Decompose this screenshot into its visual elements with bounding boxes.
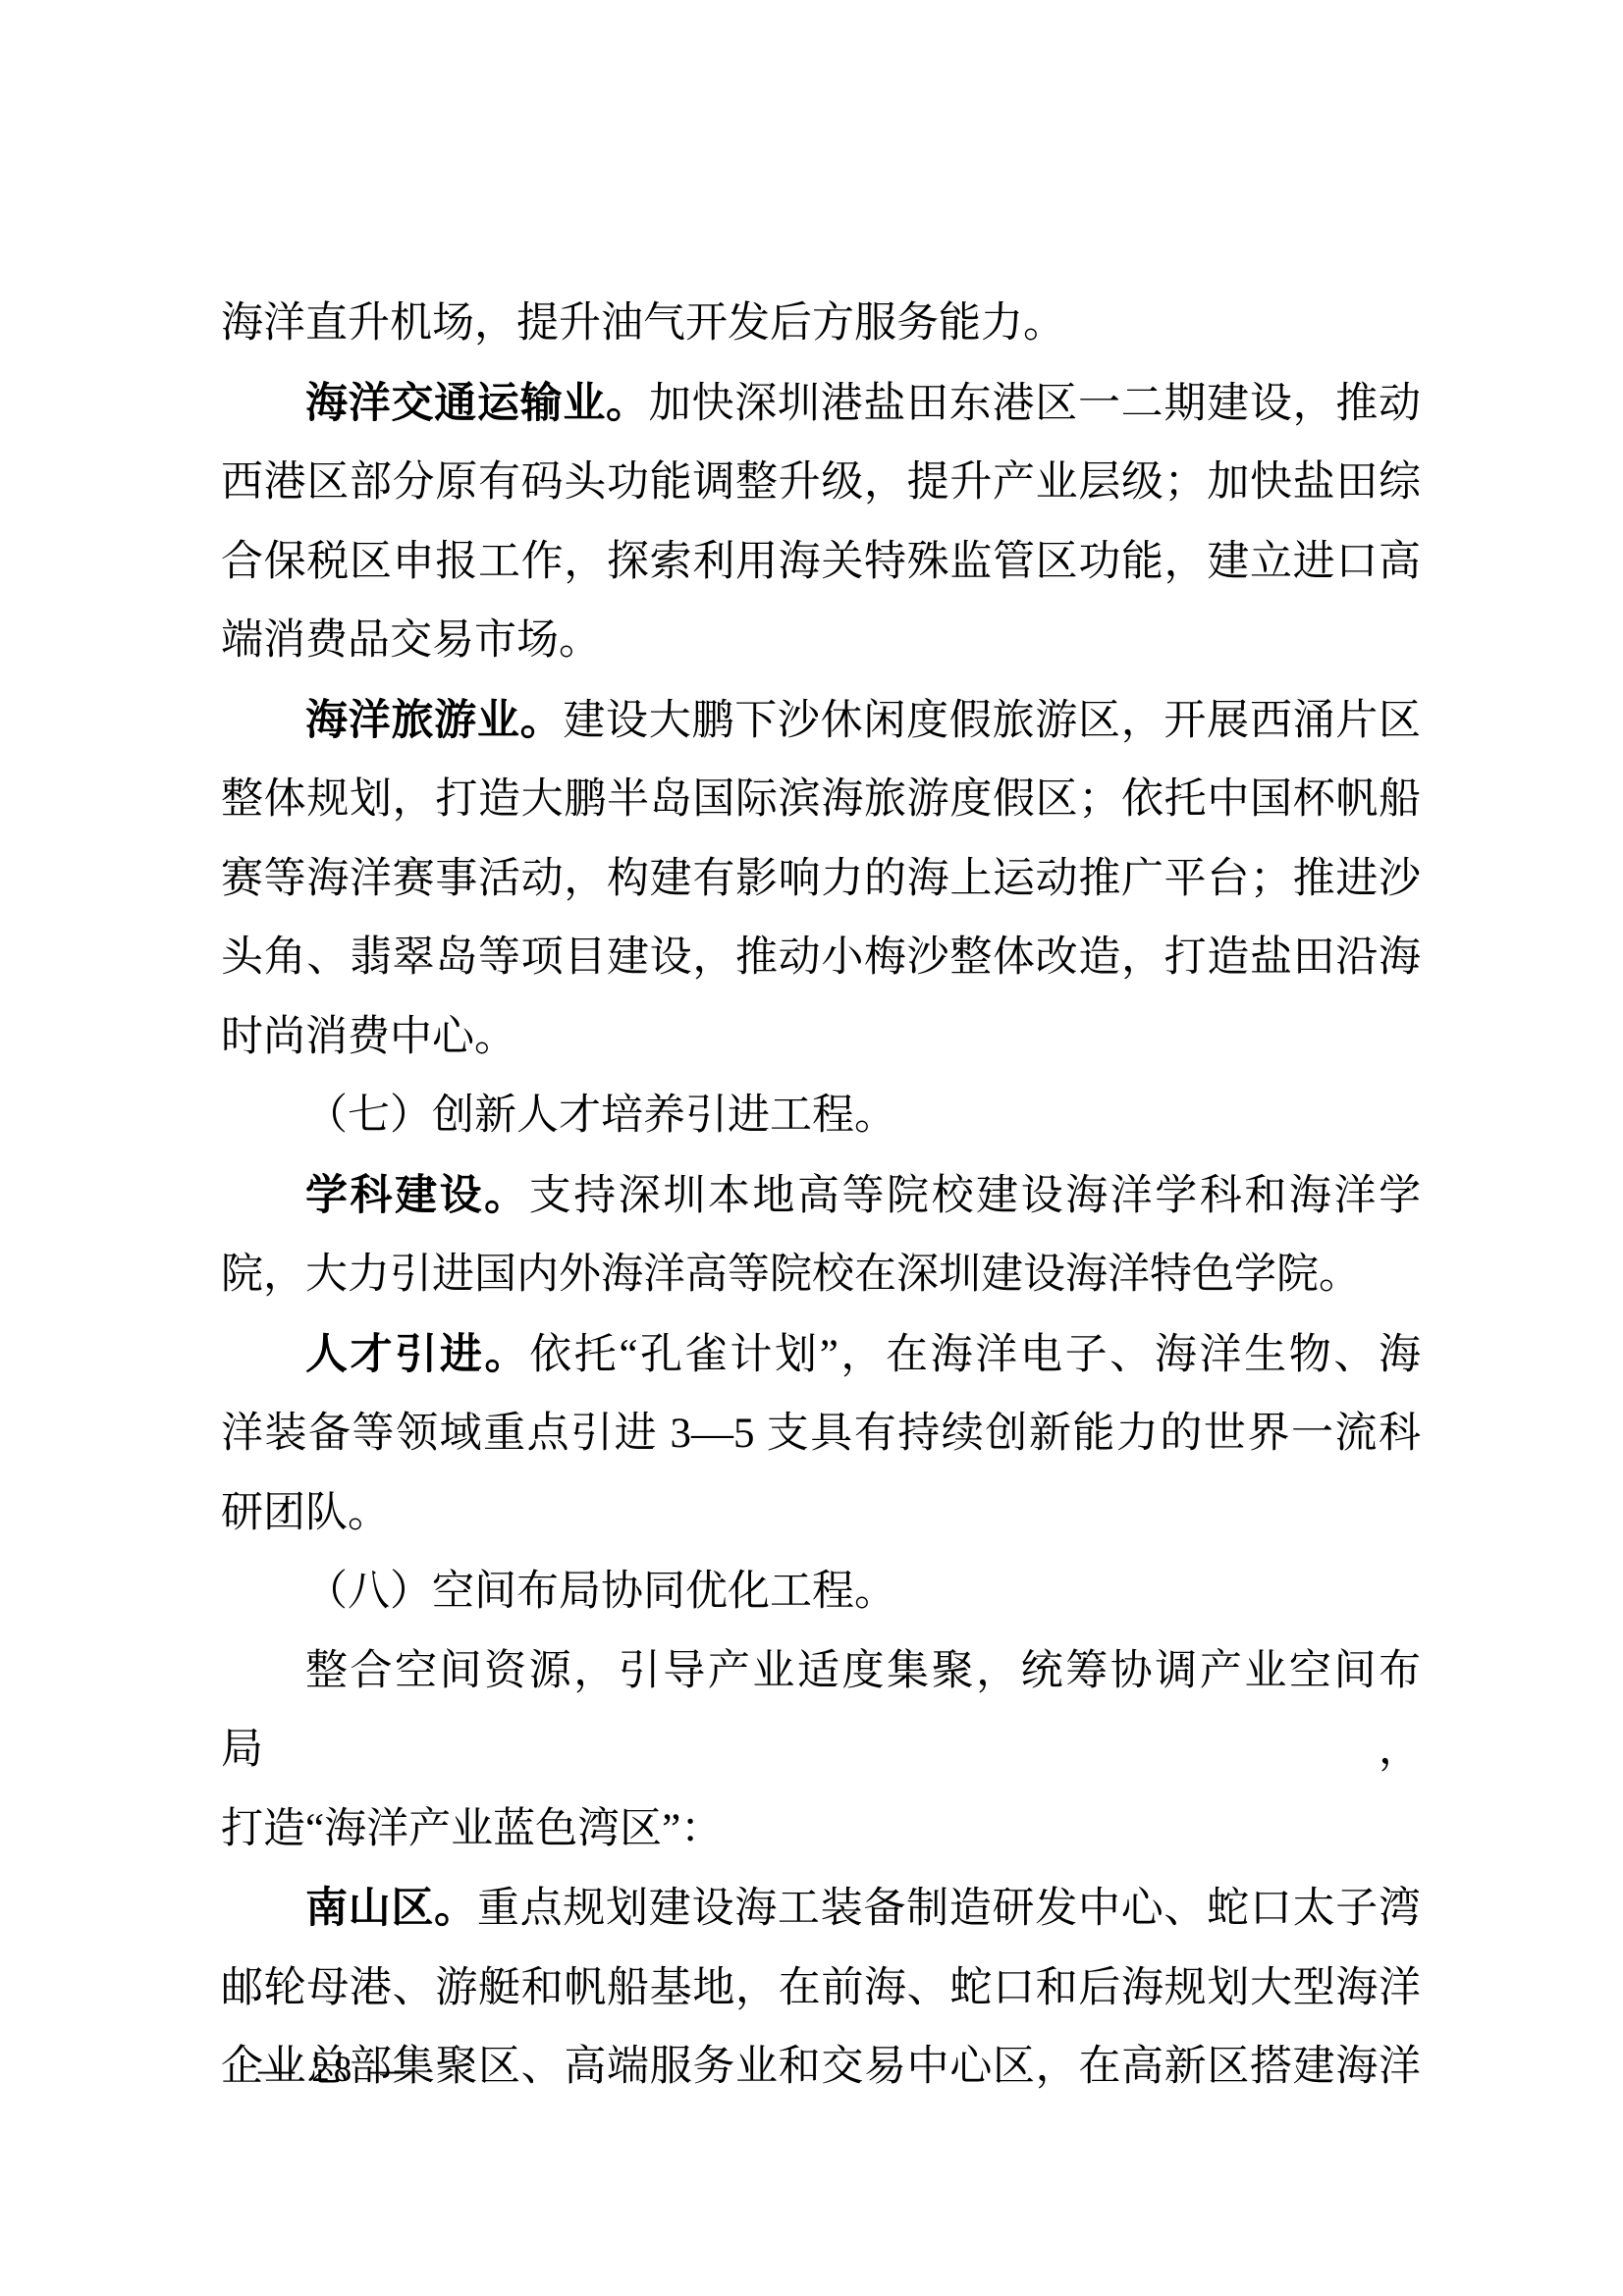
- text-line: 研团队。: [221, 1474, 1421, 1554]
- line-text: 合保税区申报工作，探索利用海关特殊监管区功能，建立进口高: [221, 539, 1421, 585]
- section-heading-8: （八）空间布局协同优化工程。: [221, 1553, 1421, 1632]
- term-discipline-building: 学科建设。: [305, 1172, 529, 1219]
- text-line: 赛等海洋赛事活动，构建有影响力的海上运动推广平台；推进沙: [221, 840, 1421, 920]
- line-text: 西港区部分原有码头功能调整升级，提升产业层级；加快盐田综: [221, 459, 1421, 506]
- term-talent-introduction: 人才引进。: [305, 1331, 529, 1378]
- text-line: 头角、翡翠岛等项目建设，推动小梅沙整体改造，打造盐田沿海: [221, 919, 1421, 998]
- line-text: （七）创新人才培养引进工程。: [305, 1093, 896, 1139]
- text-line: 人才引进。依托“孔雀计划”，在海洋电子、海洋生物、海: [221, 1315, 1421, 1396]
- line-text: 依托“孔雀计划”，在海洋电子、海洋生物、海: [529, 1332, 1421, 1378]
- line-text: 海洋直升机场，提升油气开发后方服务能力。: [221, 300, 1065, 347]
- line-text: 头角、翡翠岛等项目建设，推动小梅沙整体改造，打造盐田沿海: [221, 934, 1421, 981]
- text-line: 合保税区申报工作，探索利用海关特殊监管区功能，建立进口高: [221, 523, 1421, 603]
- text-line: 邮轮母港、游艇和帆船基地，在前海、蛇口和后海规划大型海洋: [221, 1949, 1421, 2029]
- text-line: 学科建设。支持深圳本地高等院校建设海洋学科和海洋学: [221, 1156, 1421, 1237]
- text-line: 时尚消费中心。: [221, 998, 1421, 1078]
- line-text: 重点规划建设海工装备制造研发中心、蛇口太子湾: [477, 1886, 1421, 1932]
- line-text: 支持深圳本地高等院校建设海洋学科和海洋学: [529, 1173, 1421, 1219]
- text-line: 整体规划，打造大鹏半岛国际滨海旅游度假区；依托中国杯帆船: [221, 761, 1421, 840]
- line-text: 打造“海洋产业蓝色湾区”：: [221, 1806, 723, 1852]
- text-line: 整合空间资源，引导产业适度集聚，统筹协调产业空间布局，: [221, 1632, 1421, 1790]
- term-nanshan-district: 南山区。: [305, 1885, 477, 1932]
- line-text: 研团队。: [221, 1490, 390, 1536]
- line-text: 院，大力引进国内外海洋高等院校在深圳建设海洋特色学院。: [221, 1252, 1361, 1298]
- text-line: 南山区。重点规划建设海工装备制造研发中心、蛇口太子湾: [221, 1869, 1421, 1949]
- section-heading-7: （七）创新人才培养引进工程。: [221, 1077, 1421, 1156]
- text-line: 端消费品交易市场。: [221, 602, 1421, 681]
- text-line: 海洋直升机场，提升油气开发后方服务能力。: [221, 285, 1421, 364]
- line-text: 洋装备等领域重点引进 3—5 支具有持续创新能力的世界一流科: [221, 1411, 1421, 1457]
- text-line: 海洋旅游业。建设大鹏下沙休闲度假旅游区，开展西涌片区: [221, 681, 1421, 762]
- line-text: 建设大鹏下沙休闲度假旅游区，开展西涌片区: [563, 698, 1421, 744]
- text-line: 海洋交通运输业。加快深圳港盐田东港区一二期建设，推动: [221, 364, 1421, 445]
- page-number: — 28 —: [258, 2052, 409, 2088]
- line-text: 整体规划，打造大鹏半岛国际滨海旅游度假区；依托中国杯帆船: [221, 776, 1421, 823]
- text-line: 打造“海洋产业蓝色湾区”：: [221, 1790, 1421, 1870]
- line-text: 赛等海洋赛事活动，构建有影响力的海上运动推广平台；推进沙: [221, 856, 1421, 902]
- text-line: 院，大力引进国内外海洋高等院校在深圳建设海洋特色学院。: [221, 1236, 1421, 1315]
- text-line: 洋装备等领域重点引进 3—5 支具有持续创新能力的世界一流科: [221, 1395, 1421, 1474]
- line-text: 邮轮母港、游艇和帆船基地，在前海、蛇口和后海规划大型海洋: [221, 1965, 1421, 2011]
- document-page: 海洋直升机场，提升油气开发后方服务能力。 海洋交通运输业。加快深圳港盐田东港区一…: [0, 0, 1623, 2296]
- line-text: （八）空间布局协同优化工程。: [305, 1569, 896, 1615]
- line-text: 加快深圳港盐田东港区一二期建设，推动: [649, 381, 1421, 427]
- term-marine-transport: 海洋交通运输业。: [305, 380, 649, 427]
- line-text: 端消费品交易市场。: [221, 617, 601, 664]
- line-text: 整合空间资源，引导产业适度集聚，统筹协调产业空间布局，: [221, 1648, 1421, 1774]
- term-marine-tourism: 海洋旅游业。: [305, 697, 563, 744]
- line-text: 时尚消费中心。: [221, 1014, 516, 1060]
- text-line: 西港区部分原有码头功能调整升级，提升产业层级；加快盐田综: [221, 444, 1421, 523]
- body-text: 海洋直升机场，提升油气开发后方服务能力。 海洋交通运输业。加快深圳港盐田东港区一…: [221, 285, 1421, 2108]
